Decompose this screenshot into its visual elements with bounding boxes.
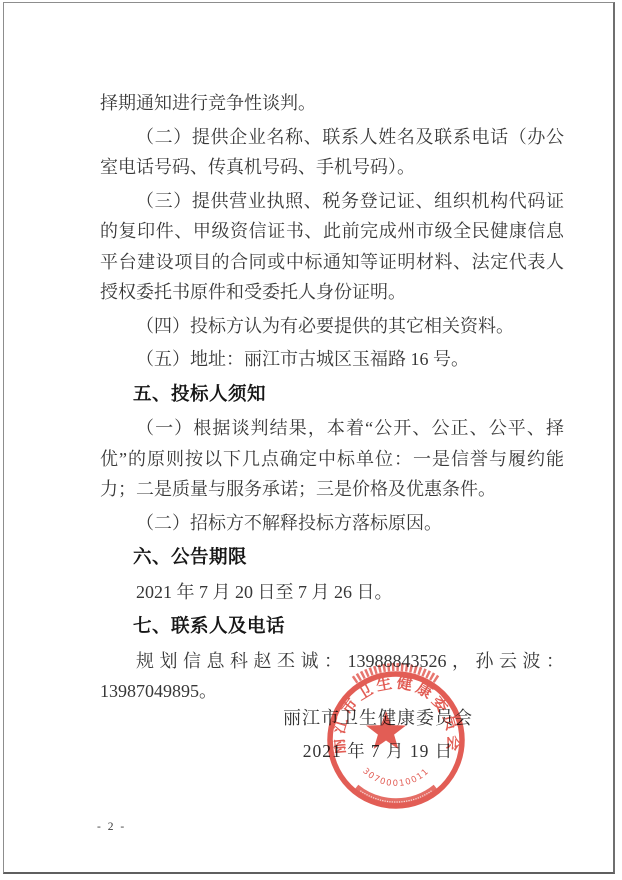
paragraph: （三）提供营业执照、税务登记证、组织机构代码证的复印件、甲级资信证书、此前完成州… bbox=[100, 186, 564, 308]
paragraph: 规划信息科赵丕诚：13988843526，孙云波：13987049895。 bbox=[100, 646, 564, 707]
signature-date: 2021 年 7 月 19 日 bbox=[280, 741, 476, 761]
paragraph: （二）招标方不解释投标方落标原因。 bbox=[100, 508, 564, 539]
paragraph: （二）提供企业名称、联系人姓名及联系电话（办公室电话号码、传真机号码、手机号码）… bbox=[100, 122, 564, 183]
paragraph: （一）根据谈判结果，本着“公开、公正、公平、择优”的原则按以下几点确定中标单位：… bbox=[100, 413, 564, 505]
page-number: - 2 - bbox=[97, 821, 126, 833]
seal-bottom-band bbox=[356, 788, 436, 802]
section-heading: 七、联系人及电话 bbox=[100, 611, 564, 642]
signature-organization: 丽江市卫生健康委员会 bbox=[280, 708, 476, 728]
paragraph: 2021 年 7 月 20 日至 7 月 26 日。 bbox=[100, 577, 564, 608]
scanned-page-canvas: 择期通知进行竞争性谈判。（二）提供企业名称、联系人姓名及联系电话（办公室电话号码… bbox=[0, 0, 622, 880]
paragraph: 择期通知进行竞争性谈判。 bbox=[100, 88, 564, 119]
paragraph: （五）地址：丽江市古城区玉福路 16 号。 bbox=[100, 344, 564, 375]
section-heading: 五、投标人须知 bbox=[100, 379, 564, 410]
section-heading: 六、公告期限 bbox=[100, 542, 564, 573]
signature-block: 丽江市卫生健康委员会 2021 年 7 月 19 日 bbox=[280, 708, 476, 761]
document-body: 择期通知进行竞争性谈判。（二）提供企业名称、联系人姓名及联系电话（办公室电话号码… bbox=[100, 85, 564, 710]
seal-microtext bbox=[360, 791, 431, 802]
document-page: 择期通知进行竞争性谈判。（二）提供企业名称、联系人姓名及联系电话（办公室电话号码… bbox=[3, 2, 615, 874]
paragraph: （四）投标方认为有必要提供的其它相关资料。 bbox=[100, 311, 564, 342]
